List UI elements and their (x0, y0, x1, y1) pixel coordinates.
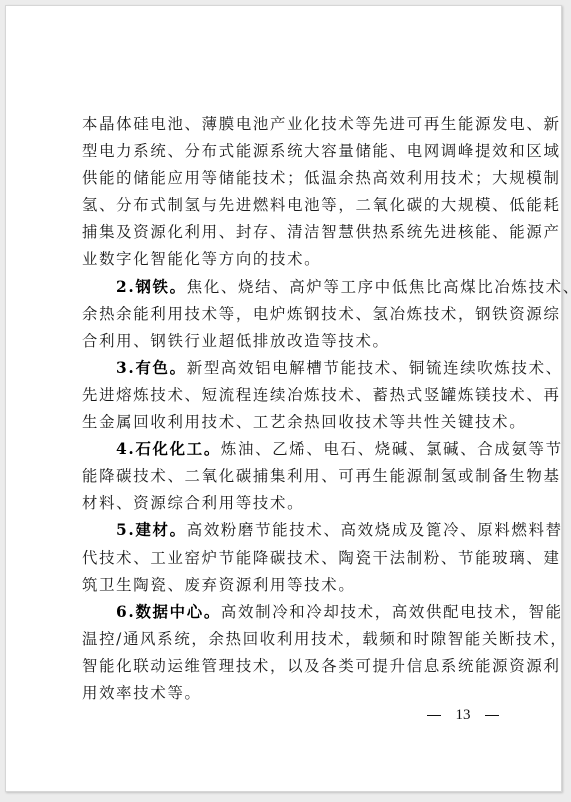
text-span: 炼油、乙烯、电石、烧碱、氯碱、合成氨等节 (221, 440, 563, 458)
text-line: 先进熔炼技术、短流程连续冶炼技术、蓄热式竖罐炼镁技术、再 (82, 382, 493, 409)
document-body: 本晶体硅电池、薄膜电池产业化技术等先进可再生能源发电、新 型电力系统、分布式能源… (82, 111, 502, 707)
text-line: 氢、分布式制氢与先进燃料电池等，二氧化碳的大规模、低能耗 (82, 192, 493, 219)
section-heading-petrochemical: 4.石化化工。 (116, 440, 221, 458)
text-line: 合利用、钢铁行业超低排放改造等技术。 (82, 328, 493, 355)
text-line: 型电力系统、分布式能源系统大容量储能、电网调峰提效和区域 (82, 138, 493, 165)
text-line: 本晶体硅电池、薄膜电池产业化技术等先进可再生能源发电、新 (82, 111, 493, 138)
text-line: 温控/通风系统，余热回收利用技术，载频和时隙智能关断技术， (82, 626, 493, 653)
dash-left (427, 715, 441, 716)
text-line: 捕集及资源化利用、封存、清洁智慧供热系统先进核能、能源产 (82, 219, 493, 246)
dash-right (485, 715, 499, 716)
section-building-materials-first-line: 5.建材。高效粉磨节能技术、高效烧成及篦冷、原料燃料替 (82, 517, 493, 544)
section-heading-nonferrous: 3.有色。 (116, 359, 187, 377)
text-span: 高效制冷和冷却技术，高效供配电技术，智能 (221, 603, 563, 621)
section-petrochemical-first-line: 4.石化化工。炼油、乙烯、电石、烧碱、氯碱、合成氨等节 (82, 436, 493, 463)
text-line: 能降碳技术、二氧化碳捕集利用、可再生能源制氢或制备生物基 (82, 463, 493, 490)
text-line: 用效率技术等。 (82, 680, 493, 707)
text-line: 智能化联动运维管理技术，以及各类可提升信息系统能源资源利 (82, 653, 493, 680)
section-heading-building-materials: 5.建材。 (116, 521, 187, 539)
section-steel-first-line: 2.钢铁。焦化、烧结、高炉等工序中低焦比高煤比冶炼技术、 (82, 274, 493, 301)
text-span: 焦化、烧结、高炉等工序中低焦比高煤比冶炼技术、 (187, 278, 571, 296)
text-line: 代技术、工业窑炉节能降碳技术、陶瓷干法制粉、节能玻璃、建 (82, 545, 493, 572)
section-heading-steel: 2.钢铁。 (116, 278, 187, 296)
page-number-footer: 13 (427, 707, 499, 724)
text-line: 筑卫生陶瓷、废弃资源利用等技术。 (82, 572, 493, 599)
document-page: 本晶体硅电池、薄膜电池产业化技术等先进可再生能源发电、新 型电力系统、分布式能源… (5, 5, 562, 792)
section-nonferrous-first-line: 3.有色。新型高效铝电解槽节能技术、铜锍连续吹炼技术、 (82, 355, 493, 382)
section-data-center-first-line: 6.数据中心。高效制冷和冷却技术，高效供配电技术，智能 (82, 599, 493, 626)
text-span: 高效粉磨节能技术、高效烧成及篦冷、原料燃料替 (187, 521, 563, 539)
section-heading-data-center: 6.数据中心。 (116, 603, 221, 621)
text-line: 业数字化智能化等方向的技术。 (82, 246, 493, 273)
page-number: 13 (456, 707, 471, 724)
text-line: 供能的储能应用等储能技术；低温余热高效利用技术；大规模制 (82, 165, 493, 192)
text-line: 余热余能利用技术等，电炉炼钢技术、氢冶炼技术，钢铁资源综 (82, 301, 493, 328)
text-line: 材料、资源综合利用等技术。 (82, 490, 493, 517)
text-span: 新型高效铝电解槽节能技术、铜锍连续吹炼技术、 (187, 359, 563, 377)
text-line: 生金属回收利用技术、工艺余热回收技术等共性关键技术。 (82, 409, 493, 436)
